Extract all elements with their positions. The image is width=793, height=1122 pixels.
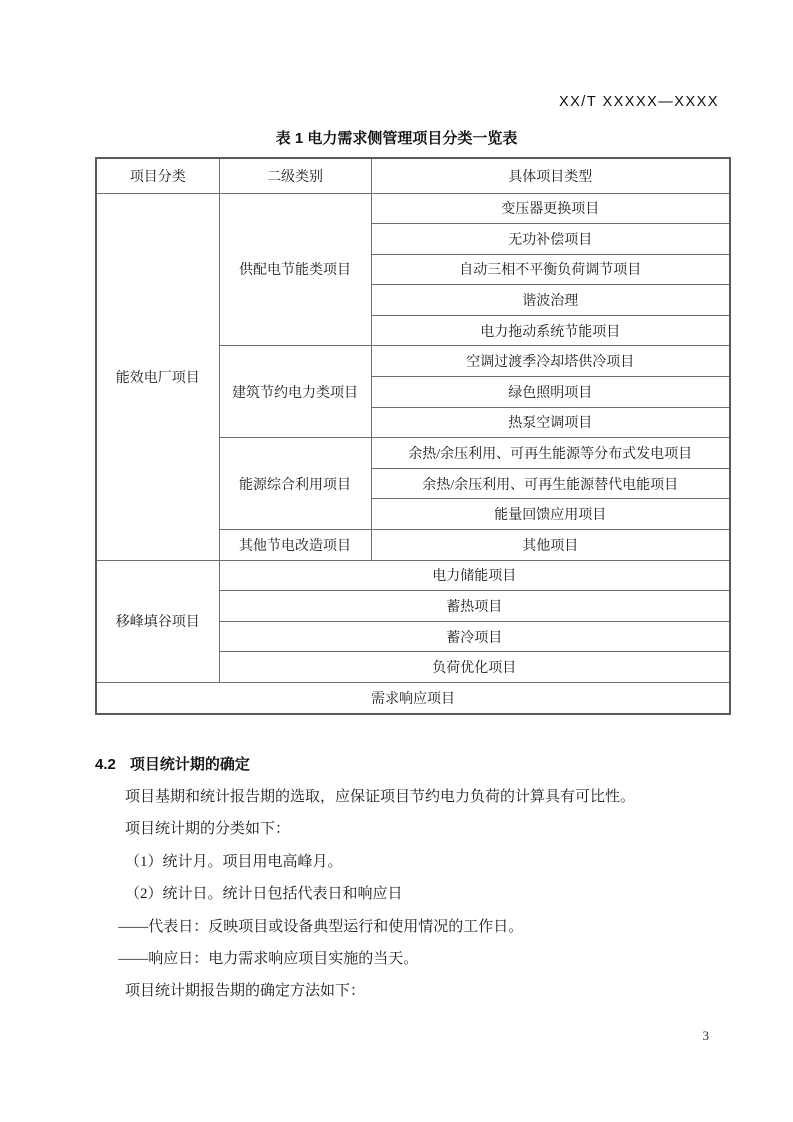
table-title: 表 1 电力需求侧管理项目分类一览表 bbox=[0, 127, 793, 148]
doc-code: XX/T XXXXX—XXXX bbox=[559, 94, 719, 110]
project-type-cell: 变压器更换项目 bbox=[371, 193, 730, 224]
section-number: 4.2 bbox=[95, 756, 116, 773]
table-row: 能效电厂项目 供配电节能类项目 变压器更换项目 bbox=[96, 193, 730, 224]
paragraph: （2）统计日。统计日包括代表日和响应日 bbox=[95, 878, 729, 910]
paragraph: （1）统计月。项目用电高峰月。 bbox=[95, 846, 729, 878]
project-type-cell: 空调过渡季冷却塔供冷项目 bbox=[371, 346, 730, 377]
subcategory-cell: 能源综合利用项目 bbox=[219, 438, 371, 530]
column-header-subcategory: 二级类别 bbox=[219, 158, 371, 193]
project-type-cell: 电力储能项目 bbox=[219, 560, 730, 591]
paragraph-dash-item: ——代表日：反映项目或设备典型运行和使用情况的工作日。 bbox=[95, 911, 729, 943]
subcategory-cell: 其他节电改造项目 bbox=[219, 530, 371, 561]
category-cell-demand-response: 需求响应项目 bbox=[96, 683, 730, 715]
section-title: 项目统计期的确定 bbox=[130, 756, 250, 773]
page-number: 3 bbox=[703, 1028, 710, 1044]
project-type-cell: 余热/余压利用、可再生能源替代电能项目 bbox=[371, 468, 730, 499]
classification-table-wrap: 项目分类 二级类别 具体项目类型 能效电厂项目 供配电节能类项目 变压器更换项目… bbox=[95, 157, 731, 715]
table-row: 移峰填谷项目 电力储能项目 bbox=[96, 560, 730, 591]
paragraph: 项目基期和统计报告期的选取，应保证项目节约电力负荷的计算具有可比性。 bbox=[95, 781, 729, 813]
project-type-cell: 自动三相不平衡负荷调节项目 bbox=[371, 254, 730, 285]
section-heading: 4.2项目统计期的确定 bbox=[95, 755, 729, 775]
document-page: XX/T XXXXX—XXXX 表 1 电力需求侧管理项目分类一览表 项目分类 … bbox=[0, 0, 793, 1122]
project-type-cell: 余热/余压利用、可再生能源等分布式发电项目 bbox=[371, 438, 730, 469]
project-type-cell: 谐波治理 bbox=[371, 285, 730, 316]
project-type-cell: 热泵空调项目 bbox=[371, 407, 730, 438]
paragraph: 项目统计期的分类如下： bbox=[95, 813, 729, 845]
project-type-cell: 负荷优化项目 bbox=[219, 652, 730, 683]
category-cell: 能效电厂项目 bbox=[96, 193, 219, 560]
table-header-row: 项目分类 二级类别 具体项目类型 bbox=[96, 158, 730, 193]
column-header-category: 项目分类 bbox=[96, 158, 219, 193]
table-row: 需求响应项目 bbox=[96, 683, 730, 715]
section-4-2: 4.2项目统计期的确定 项目基期和统计报告期的选取，应保证项目节约电力负荷的计算… bbox=[95, 755, 729, 1008]
classification-table: 项目分类 二级类别 具体项目类型 能效电厂项目 供配电节能类项目 变压器更换项目… bbox=[95, 157, 731, 715]
subcategory-cell: 供配电节能类项目 bbox=[219, 193, 371, 346]
category-cell: 移峰填谷项目 bbox=[96, 560, 219, 682]
project-type-cell: 绿色照明项目 bbox=[371, 377, 730, 408]
project-type-cell: 蓄热项目 bbox=[219, 591, 730, 622]
project-type-cell: 电力拖动系统节能项目 bbox=[371, 315, 730, 346]
subcategory-cell: 建筑节约电力类项目 bbox=[219, 346, 371, 438]
project-type-cell: 无功补偿项目 bbox=[371, 224, 730, 255]
paragraph-dash-item: ——响应日：电力需求响应项目实施的当天。 bbox=[95, 943, 729, 975]
project-type-cell: 能量回馈应用项目 bbox=[371, 499, 730, 530]
project-type-cell: 其他项目 bbox=[371, 530, 730, 561]
project-type-cell: 蓄冷项目 bbox=[219, 621, 730, 652]
column-header-project-type: 具体项目类型 bbox=[371, 158, 730, 193]
paragraph: 项目统计期报告期的确定方法如下： bbox=[95, 975, 729, 1007]
